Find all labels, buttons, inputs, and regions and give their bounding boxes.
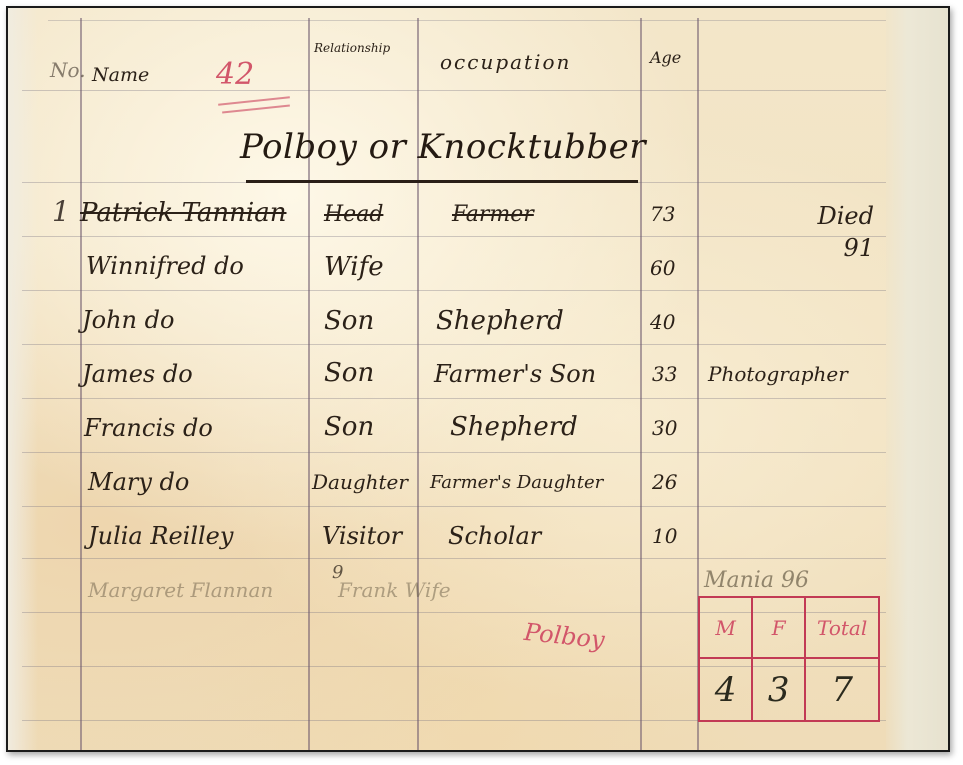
row-age: 73: [650, 204, 675, 224]
ruled-line: [22, 90, 886, 91]
tally-box: M F Total 4 3 7: [698, 596, 880, 722]
row-occupation: Shepherd: [450, 414, 578, 440]
paper-edge-left: [8, 8, 38, 750]
row-age: 30: [652, 418, 677, 438]
row-relationship: Daughter: [312, 472, 408, 492]
red-underline: [222, 104, 290, 113]
faint-row-name: Margaret Flannan: [88, 580, 273, 600]
row-name: Mary do: [88, 470, 189, 494]
ruled-line: [22, 506, 886, 507]
row-name: John do: [82, 308, 174, 332]
row-name: Julia Reilley: [88, 524, 233, 548]
row-occupation: Shepherd: [436, 308, 564, 334]
row-name: Winnifred do: [86, 254, 244, 278]
row-name: James do: [82, 362, 193, 386]
townland-title: Polboy or Knocktubber: [240, 130, 646, 164]
red-note: Polboy: [523, 620, 606, 652]
row-age: 60: [650, 258, 675, 278]
tally-value-male: 4: [700, 659, 753, 720]
row-remarks: Photographer: [708, 364, 848, 384]
row-occupation: Scholar: [448, 524, 541, 548]
header-relationship: Relationship: [314, 42, 390, 54]
red-underline: [218, 96, 290, 106]
tally-header-total: Total: [806, 598, 878, 659]
header-occupation: occupation: [440, 52, 571, 72]
row-age: 10: [652, 526, 677, 546]
row-age: 26: [652, 472, 677, 492]
row-relationship: Head: [324, 204, 383, 226]
ruled-line: [22, 558, 886, 559]
document-frame: No. Name 42 Relationship occupation Age …: [6, 6, 950, 752]
row-relationship: Son: [324, 308, 374, 334]
ruled-line: [22, 236, 886, 237]
row-name: Patrick Tannian: [80, 200, 286, 226]
ruled-line: [22, 344, 886, 345]
row-occupation: Farmer's Daughter: [430, 474, 603, 492]
row-occupation: Farmer's Son: [434, 362, 596, 386]
faint-row-relationship-note: Frank Wife: [338, 580, 451, 600]
marriage-note: Mania 96: [704, 570, 809, 592]
tally-header-female: F: [753, 598, 806, 659]
household-number: 1: [52, 198, 70, 226]
red-page-number: 42: [216, 60, 254, 90]
header-name: Name: [92, 66, 149, 85]
ruled-line-top: [48, 20, 886, 21]
row-relationship: Wife: [324, 254, 384, 280]
tally-value-total: 7: [806, 659, 878, 720]
title-underline: [246, 180, 638, 183]
ruled-line: [22, 398, 886, 399]
header-age: Age: [650, 50, 681, 66]
row-relationship: Son: [324, 414, 374, 440]
row-remarks: Died 91: [814, 200, 874, 264]
row-age: 40: [650, 312, 675, 332]
tally-value-female: 3: [753, 659, 806, 720]
ruled-line: [22, 452, 886, 453]
row-age: 33: [652, 364, 677, 384]
header-no: No.: [50, 60, 86, 80]
paper-edge-right: [886, 8, 948, 750]
row-relationship: Son: [324, 360, 374, 386]
tally-header-male: M: [700, 598, 753, 659]
row-relationship: Visitor: [322, 524, 402, 548]
row-occupation: Farmer: [452, 204, 534, 226]
ruled-line: [22, 290, 886, 291]
row-name: Francis do: [84, 416, 213, 440]
